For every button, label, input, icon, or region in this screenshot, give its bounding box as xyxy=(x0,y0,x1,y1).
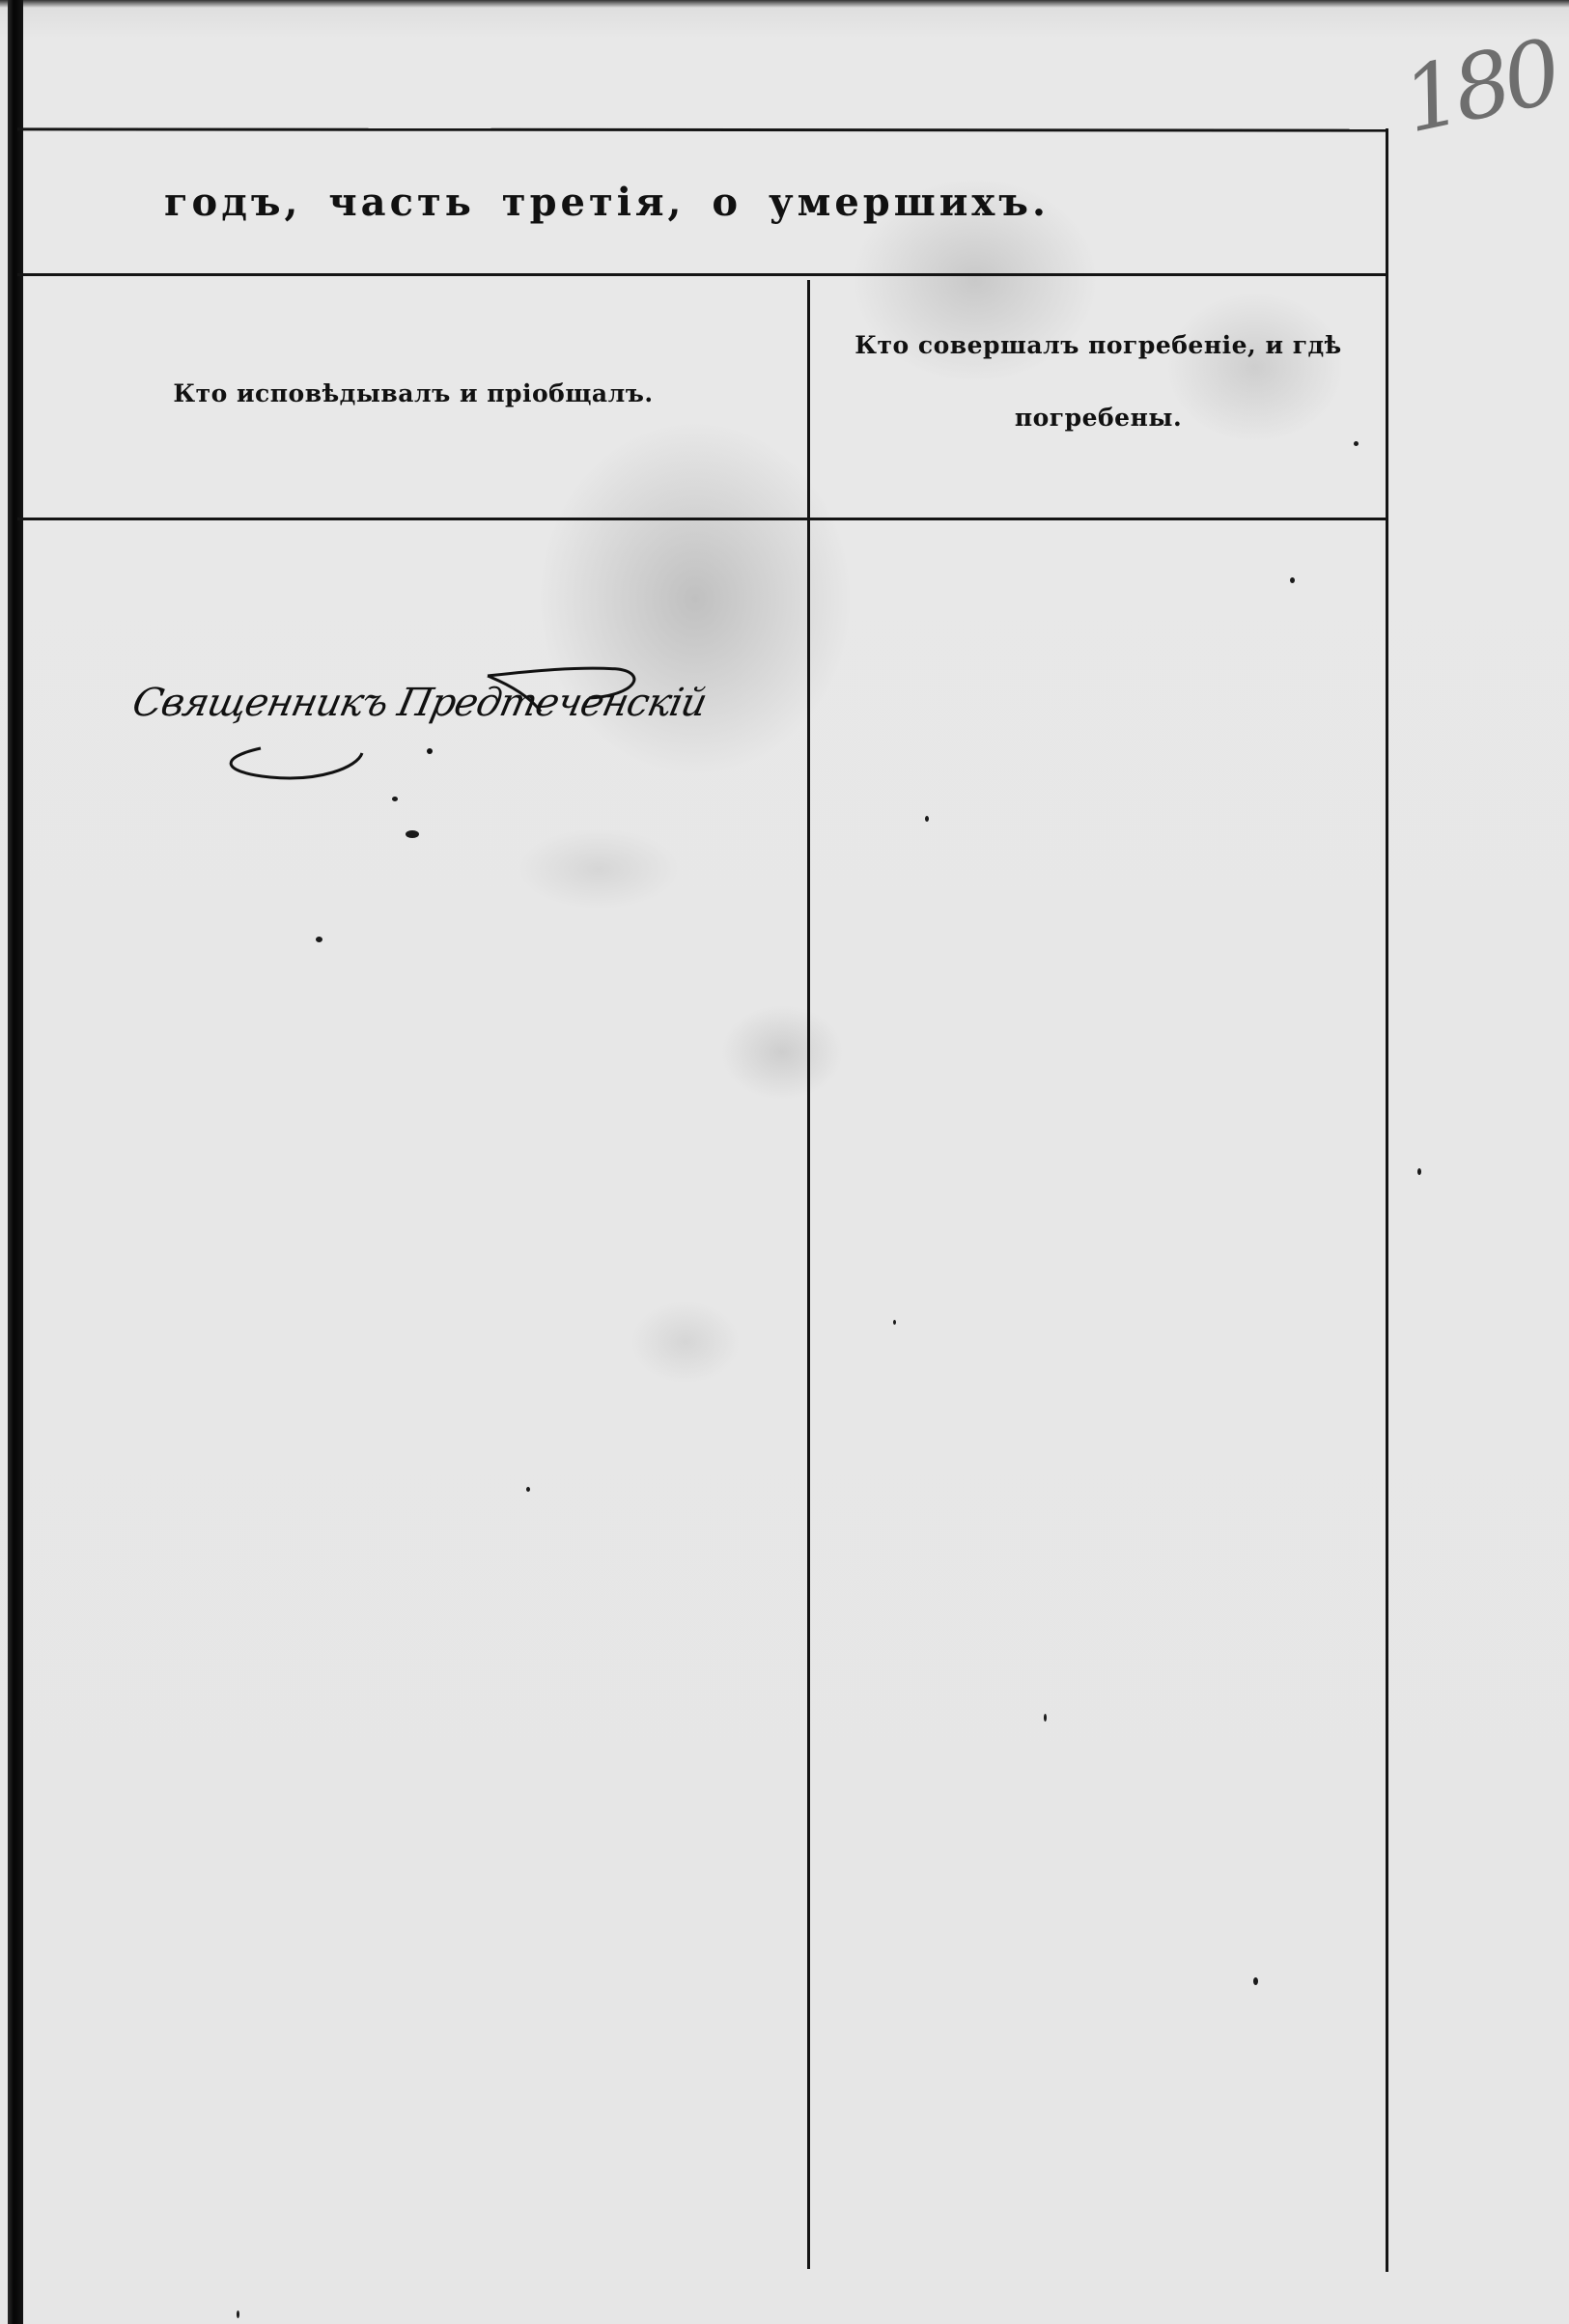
paper-speck xyxy=(1354,441,1359,446)
top-frame-rule xyxy=(17,127,1388,131)
section-title: годъ, часть третія, о умершихъ. xyxy=(164,180,1130,225)
column-header-burial: Кто совершалъ погребеніе, и гдѣ погребен… xyxy=(811,309,1386,454)
column-header-burial-line1: Кто совершалъ погребеніе, и гдѣ xyxy=(811,309,1386,381)
paper-speck xyxy=(893,1320,896,1325)
paper-speck xyxy=(392,797,398,801)
column-divider xyxy=(807,280,810,2269)
paper-speck xyxy=(1417,1168,1421,1175)
page-top-edge xyxy=(0,0,1569,8)
header-top-rule xyxy=(17,273,1388,276)
paper-speck xyxy=(1253,1977,1258,1985)
paper-speck xyxy=(406,830,419,838)
register-page: 180 годъ, часть третія, о умершихъ. Кто … xyxy=(0,0,1569,2324)
paper-speck xyxy=(925,816,929,822)
column-header-burial-line2: погребены. xyxy=(811,381,1386,454)
page-number: 180 xyxy=(1394,24,1551,165)
paper-speck xyxy=(1044,1714,1047,1722)
paper-speck xyxy=(1290,577,1295,583)
paper-speck xyxy=(526,1487,530,1492)
right-frame-border xyxy=(1386,128,1388,2272)
paper-speck xyxy=(237,2310,239,2318)
paper-speck xyxy=(316,937,322,942)
column-header-confessor: Кто исповѣдывалъ и пріобщалъ. xyxy=(21,351,805,436)
binding-edge xyxy=(8,0,23,2324)
table-row: Священникъ Предтеченскій xyxy=(126,652,705,787)
confessor-signature: Священникъ Предтеченскій xyxy=(128,681,710,725)
header-bottom-rule xyxy=(17,518,1388,520)
column-header-confessor-text: Кто исповѣдывалъ и пріобщалъ. xyxy=(173,379,653,407)
